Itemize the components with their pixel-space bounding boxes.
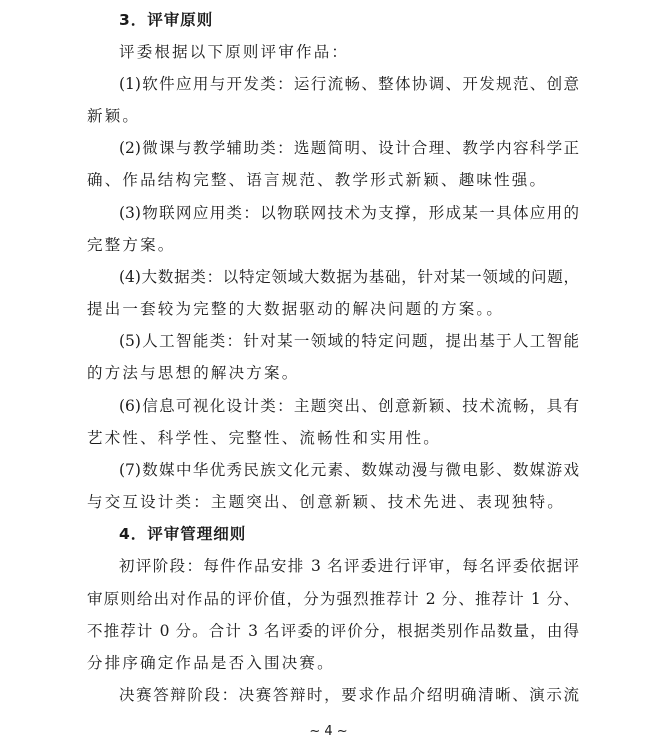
final-defense-stage-line1: 决赛答辩阶段：决赛答辩时，要求作品介绍明确清晰、演示流 [119, 685, 579, 705]
principle-item-1-line1: (1)软件应用与开发类：运行流畅、整体协调、开发规范、创意 [119, 74, 579, 94]
principle-item-6-line1: (6)信息可视化设计类：主题突出、创意新颖、技术流畅，具有 [119, 396, 579, 416]
principle-item-5-line2: 的方法与思想的解决方案。 [87, 363, 579, 383]
preliminary-stage-line3: 不推荐计 0 分。合计 3 名评委的评价分，根据类别作品数量，由得 [87, 621, 579, 641]
section-heading-review-management: 4．评审管理细则 [119, 524, 579, 544]
section-heading-review-principles: 3．评审原则 [119, 10, 579, 30]
principle-item-7-line1: (7)数媒中华优秀民族文化元素、数媒动漫与微电影、数媒游戏 [119, 460, 579, 480]
section-intro: 评委根据以下原则评审作品： [119, 42, 579, 62]
preliminary-stage-line2: 审原则给出对作品的评价值，分为强烈推荐计 2 分、推荐计 1 分、 [87, 589, 579, 609]
page-number: ~ 4 ~ [0, 724, 657, 739]
preliminary-stage-line4: 分排序确定作品是否入围决赛。 [87, 653, 579, 673]
principle-item-5-line1: (5)人工智能类：针对某一领域的特定问题，提出基于人工智能 [119, 331, 579, 351]
principle-item-2-line1: (2)微课与教学辅助类：选题简明、设计合理、教学内容科学正 [119, 138, 579, 158]
preliminary-stage-line1: 初评阶段：每件作品安排 3 名评委进行评审，每名评委依据评 [119, 556, 579, 576]
principle-item-3-line1: (3)物联网应用类：以物联网技术为支撑，形成某一具体应用的 [119, 203, 579, 223]
principle-item-4-line1: (4)大数据类：以特定领域大数据为基础，针对某一领域的问题， [119, 267, 579, 287]
principle-item-3-line2: 完整方案。 [87, 235, 579, 255]
principle-item-7-line2: 与交互设计类：主题突出、创意新颖、技术先进、表现独特。 [87, 492, 579, 512]
principle-item-2-line2: 确、作品结构完整、语言规范、教学形式新颖、趣味性强。 [87, 170, 579, 190]
principle-item-4-line2: 提出一套较为完整的大数据驱动的解决问题的方案。。 [87, 299, 579, 319]
principle-item-1-line2: 新颖。 [87, 106, 579, 126]
principle-item-6-line2: 艺术性、科学性、完整性、流畅性和实用性。 [87, 428, 579, 448]
